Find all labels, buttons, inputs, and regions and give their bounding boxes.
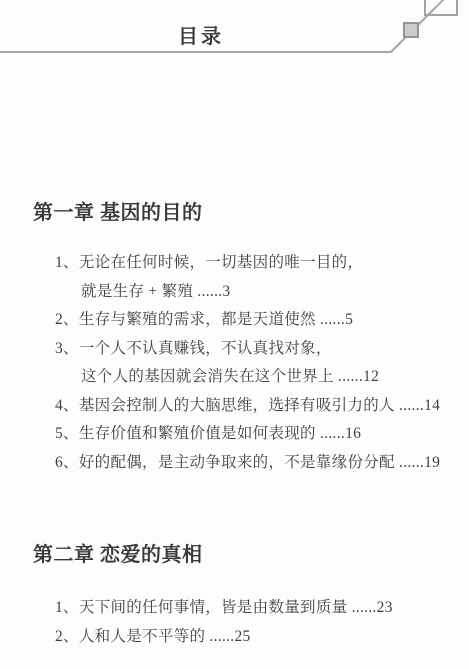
toc-entry-line: 就是生存 + 繁殖 ......3 [81, 278, 440, 307]
toc-entry-line: 3、一个人不认真赚钱，不认真找对象， [55, 335, 440, 364]
toc-entry-line: 2、生存与繁殖的需求，都是天道使然 ......5 [55, 306, 440, 335]
toc-entry-line: 6、好的配偶，是主动争取来的，不是靠缘份分配 ......19 [55, 449, 440, 478]
toc-entry-line: 4、基因会控制人的大脑思维，选择有吸引力的人 ......14 [55, 392, 440, 421]
toc-entry-line: 5、生存价值和繁殖价值是如何表现的 ......16 [55, 420, 440, 449]
header-rule [0, 51, 392, 53]
page-title: 目录 [0, 20, 402, 49]
chapter-1-entry-list: 1、无论在任何时候，一切基因的唯一目的， 就是生存 + 繁殖 ......3 2… [55, 249, 440, 477]
toc-entry-line: 2、人和人是不平等的 ......25 [55, 623, 393, 652]
corner-filled-square-icon [403, 22, 419, 38]
corner-outline-square-icon [424, 0, 458, 16]
toc-entry-line: 这个人的基因就会消失在这个世界上 ......12 [81, 363, 440, 392]
toc-entry-line: 1、天下间的任何事情，皆是由数量到质量 ......23 [55, 594, 393, 623]
chapter-2-heading: 第二章 恋爱的真相 [33, 538, 203, 567]
toc-entry-line: 1、无论在任何时候，一切基因的唯一目的， [55, 249, 440, 278]
book-toc-page: 目录 第一章 基因的目的 1、无论在任何时候，一切基因的唯一目的， 就是生存 +… [0, 0, 469, 669]
chapter-2-entry-list: 1、天下间的任何事情，皆是由数量到质量 ......23 2、人和人是不平等的 … [55, 594, 393, 651]
chapter-1-heading: 第一章 基因的目的 [33, 196, 203, 225]
